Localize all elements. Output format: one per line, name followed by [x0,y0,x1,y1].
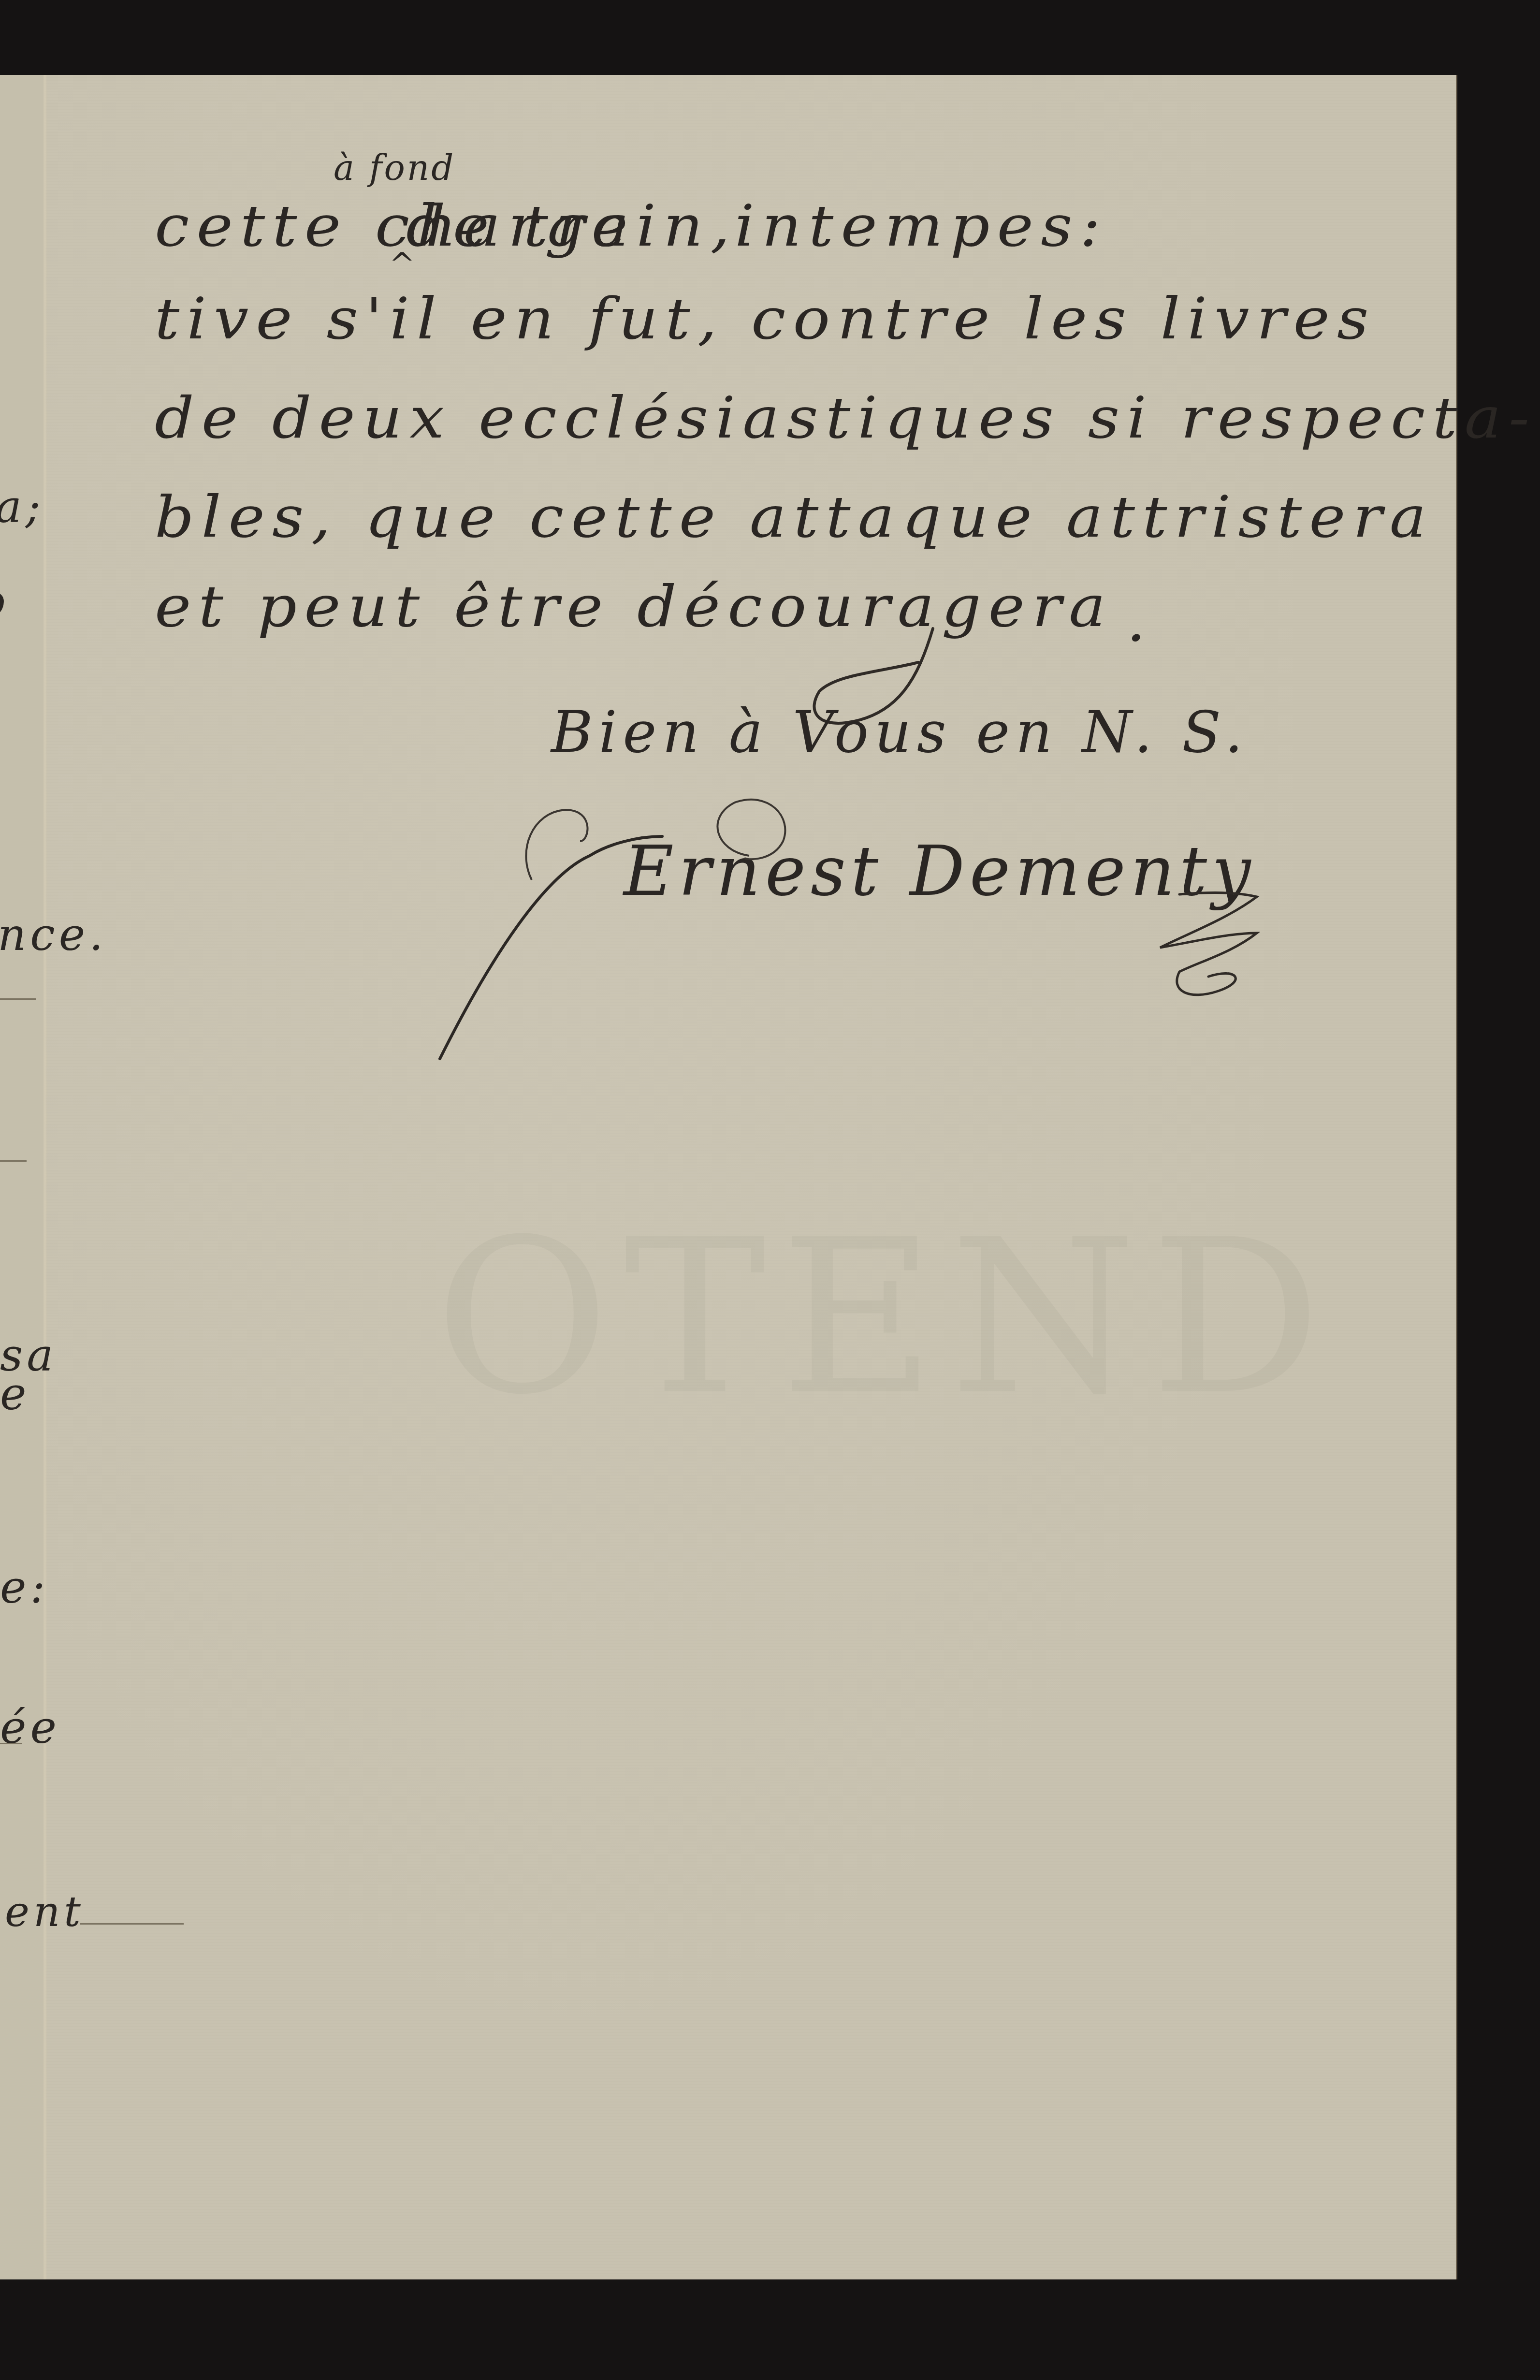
letter-line-5-period: . [1126,587,1153,654]
show-through-letterhead: OTEND [435,1211,1160,1424]
adjacent-page-sliver [0,75,44,2279]
adjacent-rule [0,1160,27,1162]
adjacent-fragment: nce. [0,909,107,961]
insertion-caret: ^ [389,247,415,282]
adjacent-rule [0,998,36,1000]
letter-line-1b: de train, [406,192,737,259]
letter-line-4: bles, que cette attaque attristera [155,483,1434,550]
adjacent-fragment: e: [0,1562,49,1613]
letter-line-1c: intempes: [735,192,1108,259]
adjacent-rule [80,1923,184,1925]
adjacent-fragment: ent [5,1888,85,1936]
adjacent-fragment: e [0,1368,30,1420]
page-fold [43,75,47,2279]
closing-salutation: Bien à Vous en N. S. [551,699,1249,765]
letter-line-3: de deux ecclésiastiques si respecta- [155,384,1537,451]
adjacent-fragment: ée [0,1702,60,1753]
adjacent-fragment: ɔ [0,575,10,627]
signature: Ernest Dementy [624,832,1255,911]
letter-line-2: tive s'il en fut, contre les livres [155,285,1376,352]
adjacent-fragment: a; [0,481,44,533]
interlinear-insertion: à fond [334,147,455,188]
adjacent-rule [0,1743,22,1744]
letter-line-5: et peut être découragera [155,573,1113,640]
